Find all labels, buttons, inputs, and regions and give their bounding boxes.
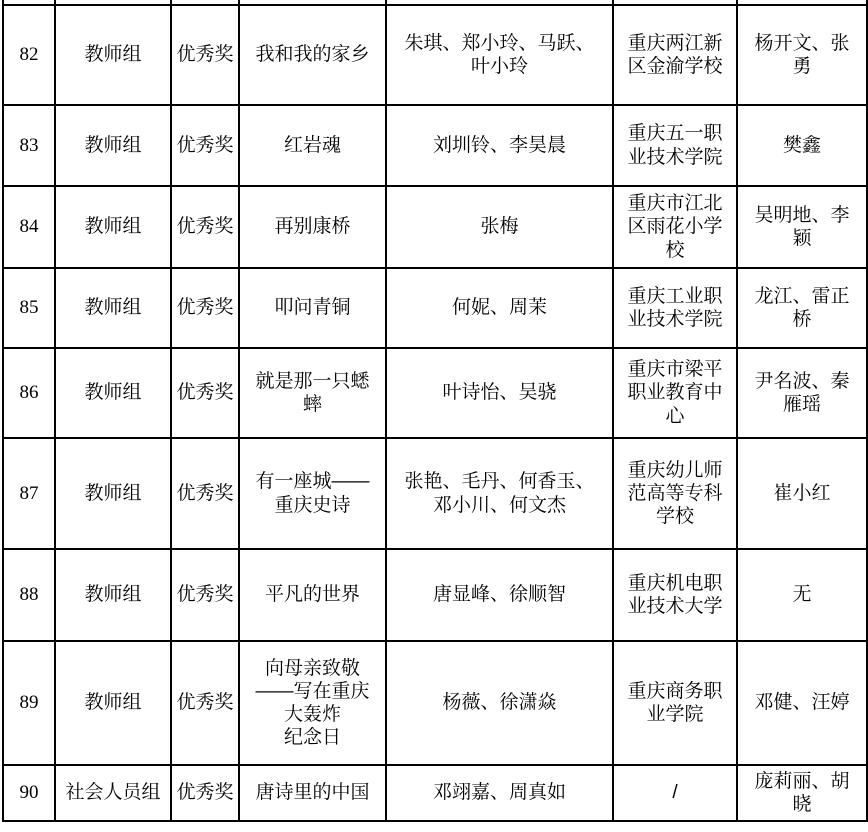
cell-advisors: 杨开文、张 勇 xyxy=(737,5,867,105)
cell-advisors: 尹名波、秦 雁瑶 xyxy=(737,348,867,438)
cell-number: 83 xyxy=(3,105,55,186)
cell-award: 优秀奖 xyxy=(171,765,239,821)
cell-school: 重庆商务职 业学院 xyxy=(613,641,737,765)
cell-advisors: 崔小红 xyxy=(737,438,867,549)
cell-title: 红岩魂 xyxy=(239,105,386,186)
cell-number: 89 xyxy=(3,641,55,765)
cell-number: 87 xyxy=(3,438,55,549)
table-row: 88 教师组 优秀奖 平凡的世界 唐显峰、徐顺智 重庆机电职 业技术大学 无 xyxy=(3,549,867,641)
cell-authors: 杨薇、徐潇焱 xyxy=(386,641,613,765)
cell-school: 重庆工业职 业技术学院 xyxy=(613,268,737,348)
cell-group: 教师组 xyxy=(55,105,171,186)
cell-school: 重庆五一职 业技术学院 xyxy=(613,105,737,186)
cell-group: 教师组 xyxy=(55,5,171,105)
cell-title: 就是那一只蟋 蟀 xyxy=(239,348,386,438)
cell-title: 向母亲致敬 ——写在重庆 大轰炸 纪念日 xyxy=(239,641,386,765)
cell-authors: 叶诗怡、吴骁 xyxy=(386,348,613,438)
cell-group: 教师组 xyxy=(55,549,171,641)
cell-title: 平凡的世界 xyxy=(239,549,386,641)
cell-school: 重庆幼儿师 范高等专科 学校 xyxy=(613,438,737,549)
table-row: 89 教师组 优秀奖 向母亲致敬 ——写在重庆 大轰炸 纪念日 杨薇、徐潇焱 重… xyxy=(3,641,867,765)
cell-number: 82 xyxy=(3,5,55,105)
cell-advisors: 樊鑫 xyxy=(737,105,867,186)
cell-number: 86 xyxy=(3,348,55,438)
cell-group: 教师组 xyxy=(55,348,171,438)
document-page: 82 教师组 优秀奖 我和我的家乡 朱琪、郑小玲、马跃、 叶小玲 重庆两江新 区… xyxy=(0,0,868,822)
cell-title: 叩问青铜 xyxy=(239,268,386,348)
table-row: 90 社会人员组 优秀奖 唐诗里的中国 邓翊嘉、周真如 / 庞莉丽、胡 晓 xyxy=(3,765,867,821)
cell-advisors: 龙江、雷正 桥 xyxy=(737,268,867,348)
cell-group: 教师组 xyxy=(55,438,171,549)
cell-group: 教师组 xyxy=(55,186,171,268)
cell-school: 重庆两江新 区金渝学校 xyxy=(613,5,737,105)
cell-school: 重庆机电职 业技术大学 xyxy=(613,549,737,641)
award-table: 82 教师组 优秀奖 我和我的家乡 朱琪、郑小玲、马跃、 叶小玲 重庆两江新 区… xyxy=(2,0,868,822)
cell-award: 优秀奖 xyxy=(171,105,239,186)
cell-group: 教师组 xyxy=(55,641,171,765)
cell-school: 重庆市梁平 职业教育中 心 xyxy=(613,348,737,438)
cell-title: 唐诗里的中国 xyxy=(239,765,386,821)
cell-award: 优秀奖 xyxy=(171,348,239,438)
cell-group: 社会人员组 xyxy=(55,765,171,821)
cell-group: 教师组 xyxy=(55,268,171,348)
cell-number: 88 xyxy=(3,549,55,641)
table-row: 85 教师组 优秀奖 叩问青铜 何妮、周茉 重庆工业职 业技术学院 龙江、雷正 … xyxy=(3,268,867,348)
table-row: 83 教师组 优秀奖 红岩魂 刘圳铃、李昊晨 重庆五一职 业技术学院 樊鑫 xyxy=(3,105,867,186)
cell-authors: 何妮、周茉 xyxy=(386,268,613,348)
cell-number: 90 xyxy=(3,765,55,821)
cell-authors: 张梅 xyxy=(386,186,613,268)
cell-authors: 刘圳铃、李昊晨 xyxy=(386,105,613,186)
cell-advisors: 无 xyxy=(737,549,867,641)
cell-school: / xyxy=(613,765,737,821)
cell-authors: 张艳、毛丹、何香玉、 邓小川、何文杰 xyxy=(386,438,613,549)
table-row: 84 教师组 优秀奖 再别康桥 张梅 重庆市江北 区雨花小学 校 吴明地、李 颖 xyxy=(3,186,867,268)
cell-number: 84 xyxy=(3,186,55,268)
cell-title: 我和我的家乡 xyxy=(239,5,386,105)
cell-advisors: 庞莉丽、胡 晓 xyxy=(737,765,867,821)
cell-authors: 唐显峰、徐顺智 xyxy=(386,549,613,641)
cell-title: 有一座城—— 重庆史诗 xyxy=(239,438,386,549)
table-row: 86 教师组 优秀奖 就是那一只蟋 蟀 叶诗怡、吴骁 重庆市梁平 职业教育中 心… xyxy=(3,348,867,438)
table-row: 87 教师组 优秀奖 有一座城—— 重庆史诗 张艳、毛丹、何香玉、 邓小川、何文… xyxy=(3,438,867,549)
cell-title: 再别康桥 xyxy=(239,186,386,268)
cell-number: 85 xyxy=(3,268,55,348)
cell-authors: 邓翊嘉、周真如 xyxy=(386,765,613,821)
cell-school: 重庆市江北 区雨花小学 校 xyxy=(613,186,737,268)
cell-award: 优秀奖 xyxy=(171,186,239,268)
cell-advisors: 吴明地、李 颖 xyxy=(737,186,867,268)
cell-authors: 朱琪、郑小玲、马跃、 叶小玲 xyxy=(386,5,613,105)
cell-award: 优秀奖 xyxy=(171,438,239,549)
cell-award: 优秀奖 xyxy=(171,641,239,765)
table-row: 82 教师组 优秀奖 我和我的家乡 朱琪、郑小玲、马跃、 叶小玲 重庆两江新 区… xyxy=(3,5,867,105)
cell-award: 优秀奖 xyxy=(171,268,239,348)
cell-award: 优秀奖 xyxy=(171,549,239,641)
cell-advisors: 邓健、汪婷 xyxy=(737,641,867,765)
cell-award: 优秀奖 xyxy=(171,5,239,105)
